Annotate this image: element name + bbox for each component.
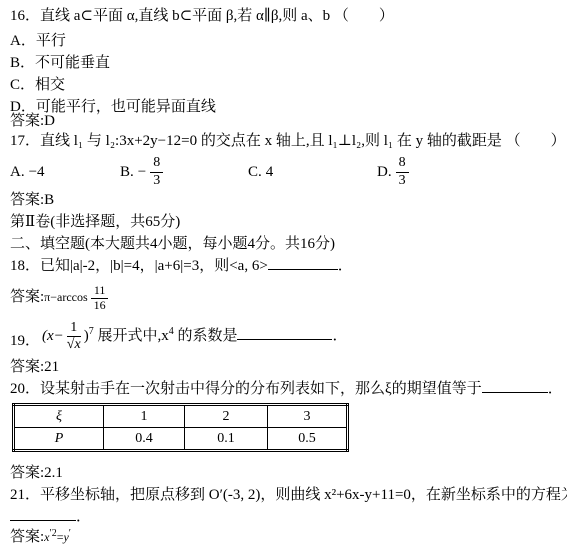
fraction-denominator: 3 (150, 173, 163, 189)
q16-option-a: A．平行 (10, 31, 66, 51)
q18-answer-label: 答案: (10, 289, 44, 305)
q19-formula: (x−1√x)7 展开式中,x4 的系数是． (42, 320, 347, 353)
q18-stem-period: ． (338, 258, 353, 274)
q19-answer: 答案:21 (10, 357, 59, 377)
q20-answer: 答案:2.1 (10, 463, 63, 483)
q17-option-b-sign: − (138, 162, 146, 182)
fraction-numerator: 1 (67, 320, 80, 337)
q17-stem: 17．直线 l₁ 与 l₂:3x+2y−12=0 的交点在 x 轴上,且 l₁⊥… (10, 131, 566, 151)
q17-option-a-value: −4 (29, 162, 45, 182)
q16-answer: 答案:D (10, 111, 55, 131)
answer-x-superscript: ′2 (50, 528, 57, 539)
q18-stem: 18．已知|a|-2，|b|=4，|a+6|=3，则<a, 6>． (10, 256, 353, 276)
table-row: ξ 1 2 3 (14, 405, 348, 428)
q21-answer: 答案:x′2=y′ (10, 527, 71, 547)
table-cell: 0.1 (185, 428, 268, 451)
fraction-numerator: 11 (91, 284, 109, 299)
q20-stem-period: ． (548, 381, 563, 397)
table-cell-p: P (14, 428, 104, 451)
q17-answer: 答案:B (10, 190, 54, 210)
fraction-numerator: 8 (396, 155, 409, 172)
q17-option-b-label: B. (120, 162, 134, 182)
q21-blank-row: ． (10, 507, 91, 527)
q17-option-b: B. − 8 3 (120, 152, 163, 192)
q17-options-row: A. −4 B. − 8 3 C. 4 D. 8 3 (0, 152, 567, 192)
q16-option-b: B．不可能垂直 (10, 53, 110, 73)
q21-blank-line (10, 507, 76, 521)
q17-option-c-label: C. (248, 162, 262, 182)
q18-answer-expression: π−arccos 1116 (44, 290, 108, 304)
q20-stem-text: 20．设某射击手在一次射击中得分的分布列表如下，那么ξ的期望值等于 (10, 381, 482, 397)
q17-option-a: A. −4 (10, 152, 45, 192)
q19-period: ． (332, 328, 347, 344)
q21-answer-label: 答案: (10, 529, 44, 545)
q18-answer: 答案:π−arccos 1116 (10, 284, 109, 313)
table-cell: 3 (268, 405, 348, 428)
q20-distribution-table: ξ 1 2 3 P 0.4 0.1 0.5 (12, 403, 349, 452)
q18-blank-line (268, 256, 338, 270)
q17-option-a-label: A. (10, 162, 25, 182)
q19-open-paren: (x− (42, 328, 64, 344)
q21-blank-period: ． (76, 509, 91, 525)
q16-stem: 16．直线 a⊂平面 α,直线 b⊂平面 β,若 α∥β,则 a、b （ ） (10, 6, 394, 26)
answer-y-superscript: ′ (69, 528, 71, 539)
q17-option-d-label: D. (377, 162, 392, 182)
table-cell: 2 (185, 405, 268, 428)
q19-fraction: 1√x (64, 320, 84, 353)
q17-option-c-value: 4 (266, 162, 274, 182)
radicand: x (74, 336, 80, 352)
q19-middle-text: 展开式中,x (94, 328, 169, 344)
q20-blank-line (482, 379, 548, 393)
q17-option-b-fraction: 8 3 (150, 155, 163, 188)
q18-answer-prefix: π−arccos (44, 290, 87, 304)
fraction-denominator: 3 (396, 173, 409, 189)
section-volume-title: 第Ⅱ卷(非选择题，共65分) (10, 212, 180, 232)
fraction-denominator: 16 (91, 299, 109, 313)
exam-paper-page: 16．直线 a⊂平面 α,直线 b⊂平面 β,若 α∥β,则 a、b （ ） A… (0, 0, 567, 547)
table-cell: 0.5 (268, 428, 348, 451)
q20-stem: 20．设某射击手在一次射击中得分的分布列表如下，那么ξ的期望值等于． (10, 379, 563, 399)
q19-number: 19． (10, 331, 40, 351)
q17-option-d: D. 8 3 (377, 152, 409, 192)
q21-answer-expression: x′2=y′ (44, 530, 71, 544)
q17-option-d-fraction: 8 3 (396, 155, 409, 188)
table-row: P 0.4 0.1 0.5 (14, 428, 348, 451)
q19-tail-text: 的系数是 (174, 328, 238, 344)
table-cell: 0.4 (104, 428, 185, 451)
fill-in-section-header: 二、填空题(本大题共4小题，每小题4分。共16分) (10, 234, 335, 254)
q16-option-c: C．相交 (10, 75, 65, 95)
q17-option-c: C. 4 (248, 152, 273, 192)
q19-blank-line (237, 326, 332, 340)
q21-stem: 21．平移坐标轴，把原点移到 O′(-3, 2)，则曲线 x²+6x-y+11=… (10, 485, 567, 505)
table-cell: 1 (104, 405, 185, 428)
q18-stem-text: 18．已知|a|-2，|b|=4，|a+6|=3，则<a, 6> (10, 258, 268, 274)
fraction-numerator: 8 (150, 155, 163, 172)
fraction-denominator: √x (64, 337, 84, 353)
q18-answer-fraction: 1116 (91, 284, 109, 313)
table-cell-xi: ξ (14, 405, 104, 428)
